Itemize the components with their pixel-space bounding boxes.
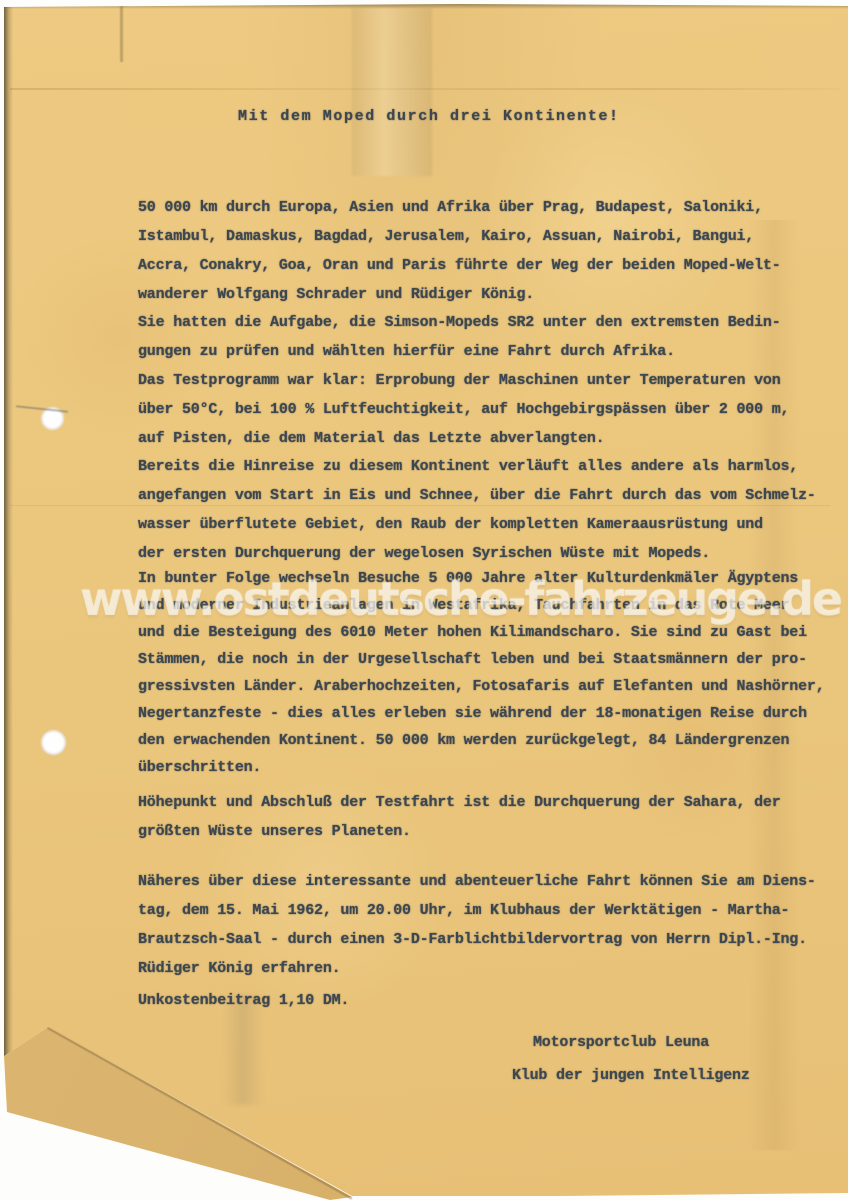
text-line: über 50°C, bei 100 % Luftfeuchtigkeit, a…: [138, 395, 789, 424]
text-line: Stämmen, die noch in der Urgesellschaft …: [138, 646, 825, 673]
paragraph-sahara: Höhepunkt und Abschluß der Testfahrt ist…: [138, 788, 781, 846]
paragraph-fee: Unkostenbeitrag 1,10 DM.: [138, 986, 349, 1015]
document-title: Mit dem Moped durch drei Kontinente!: [238, 108, 620, 125]
text-line: Sie hatten die Aufgabe, die Simson-Moped…: [138, 308, 781, 337]
text-line: Negertanzfeste - dies alles erleben sie …: [138, 700, 825, 727]
signature-subclub: Klub der jungen Intelligenz: [512, 1067, 750, 1084]
signature-club: Motorsportclub Leuna: [533, 1034, 709, 1051]
paragraph-route: 50 000 km durch Europa, Asien und Afrika…: [138, 193, 781, 309]
text-line: Näheres über diese interessante und aben…: [138, 867, 816, 896]
text-line: wanderer Wolfgang Schrader und Rüdiger K…: [138, 280, 781, 309]
text-line: angefangen vom Start in Eis und Schnee, …: [138, 481, 816, 510]
paragraph-task: Sie hatten die Aufgabe, die Simson-Moped…: [138, 308, 781, 366]
text-line: Accra, Conakry, Goa, Oran und Paris führ…: [138, 251, 781, 280]
text-line: Rüdiger König erfahren.: [138, 954, 816, 983]
text-line: Das Testprogramm war klar: Erprobung der…: [138, 366, 789, 395]
text-line: Brautzsch-Saal - durch einen 3-D-Farblic…: [138, 925, 816, 954]
text-line: größten Wüste unseres Planeten.: [138, 817, 781, 846]
text-line: auf Pisten, die dem Material das Letzte …: [138, 424, 789, 453]
paragraph-event-invitation: Näheres über diese interessante und aben…: [138, 867, 816, 983]
text-line: 50 000 km durch Europa, Asien und Afrika…: [138, 193, 781, 222]
scanned-letter: Mit dem Moped durch drei Kontinente! 50 …: [0, 0, 848, 1200]
paragraph-testprogram: Das Testprogramm war klar: Erprobung der…: [138, 366, 789, 453]
paragraph-journey-out: Bereits die Hinreise zu diesem Kontinent…: [138, 452, 816, 568]
site-watermark: www.ostdeutsche-fahrzeuge.de: [80, 572, 840, 626]
text-line: den erwachenden Kontinent. 50 000 km wer…: [138, 727, 825, 754]
text-line: Istambul, Damaskus, Bagdad, Jerusalem, K…: [138, 222, 781, 251]
text-line: überschritten.: [138, 754, 825, 781]
text-line: Höhepunkt und Abschluß der Testfahrt ist…: [138, 788, 781, 817]
text-line: tag, dem 15. Mai 1962, um 20.00 Uhr, im …: [138, 896, 816, 925]
text-line: Bereits die Hinreise zu diesem Kontinent…: [138, 452, 816, 481]
text-line: gungen zu prüfen und wählten hierfür ein…: [138, 337, 781, 366]
text-line: der ersten Durchquerung der wegelosen Sy…: [138, 539, 816, 568]
text-line: Unkostenbeitrag 1,10 DM.: [138, 986, 349, 1015]
text-line: gressivsten Länder. Araberhochzeiten, Fo…: [138, 673, 825, 700]
text-line: wasser überflutete Gebiet, den Raub der …: [138, 510, 816, 539]
